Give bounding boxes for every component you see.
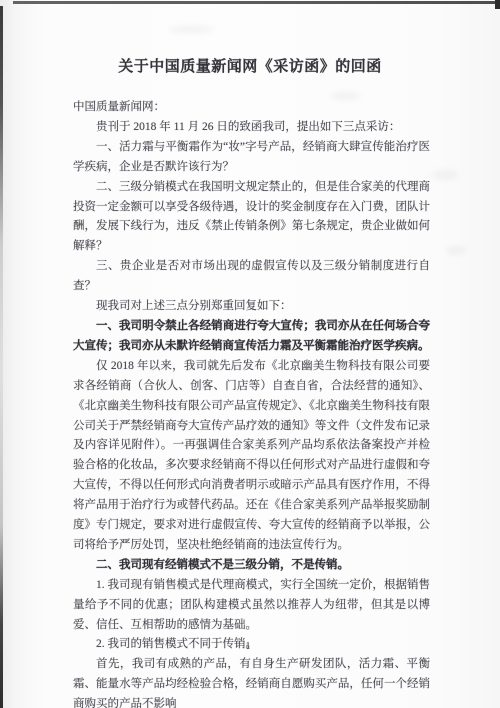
document-title: 关于中国质量新闻网《采访函》的回函 (0, 55, 500, 76)
document-page: 关于中国质量新闻网《采访函》的回函 中国质量新闻网： 贵刊于 2018 年 11… (0, 0, 500, 708)
scan-edge-top-artifact (13, 1, 500, 4)
document-body: 中国质量新闻网： 贵刊于 2018 年 11 月 26 日的致函我司，提出如下三… (73, 98, 430, 708)
scan-edge-left-artifact (0, 6, 3, 708)
paragraph: 现我司对上述三点分别郑重回复如下： (73, 297, 430, 317)
paragraph: 三、贵企业是否对市场出现的虚假宣传以及三级分销制度进行自查？ (73, 257, 430, 297)
paragraph-list: 贵刊于 2018 年 11 月 26 日的致函我司，提出如下三点采访：一、活力霜… (73, 118, 430, 708)
scan-corner-artifact (495, 0, 500, 9)
paragraph: 一、我司明令禁止各经销商进行夸大宣传；我司亦从在任何场合夸大宣传；我司亦从未默许… (73, 317, 430, 357)
salutation: 中国质量新闻网： (73, 98, 430, 118)
scan-smudge-artifact (168, 26, 214, 33)
paragraph: 仅 2018 年以来，我司就先后发布《北京幽美生物科技有限公司要求各经销商（合伙… (73, 357, 430, 556)
scan-smudge-artifact (432, 170, 458, 180)
paragraph: 一、活力霜与平衡霜作为“妆”字号产品，经销商大肆宣传能治疗医学疾病，企业是否默许… (73, 138, 430, 178)
page-number: 1 (0, 641, 496, 652)
paragraph: 首先，我司有成熟的产品，有自身生产研发团队，活力霜、平衡霜、能量水等产品均经检验… (73, 655, 430, 708)
paragraph: 贵刊于 2018 年 11 月 26 日的致函我司，提出如下三点采访： (73, 118, 430, 138)
scan-smudge-artifact (446, 246, 466, 255)
paragraph: 二、三级分销模式在我国明文规定禁止的，但是佳合家美的代理商投资一定金额可以享受各… (73, 178, 430, 258)
paragraph: 二、我司现有经销模式不是三级分销，不是传销。 (73, 556, 430, 576)
paragraph: 1. 我司现有销售模式是代理商模式，实行全国统一定价，根据销售量给予不同的优惠；… (73, 576, 430, 636)
